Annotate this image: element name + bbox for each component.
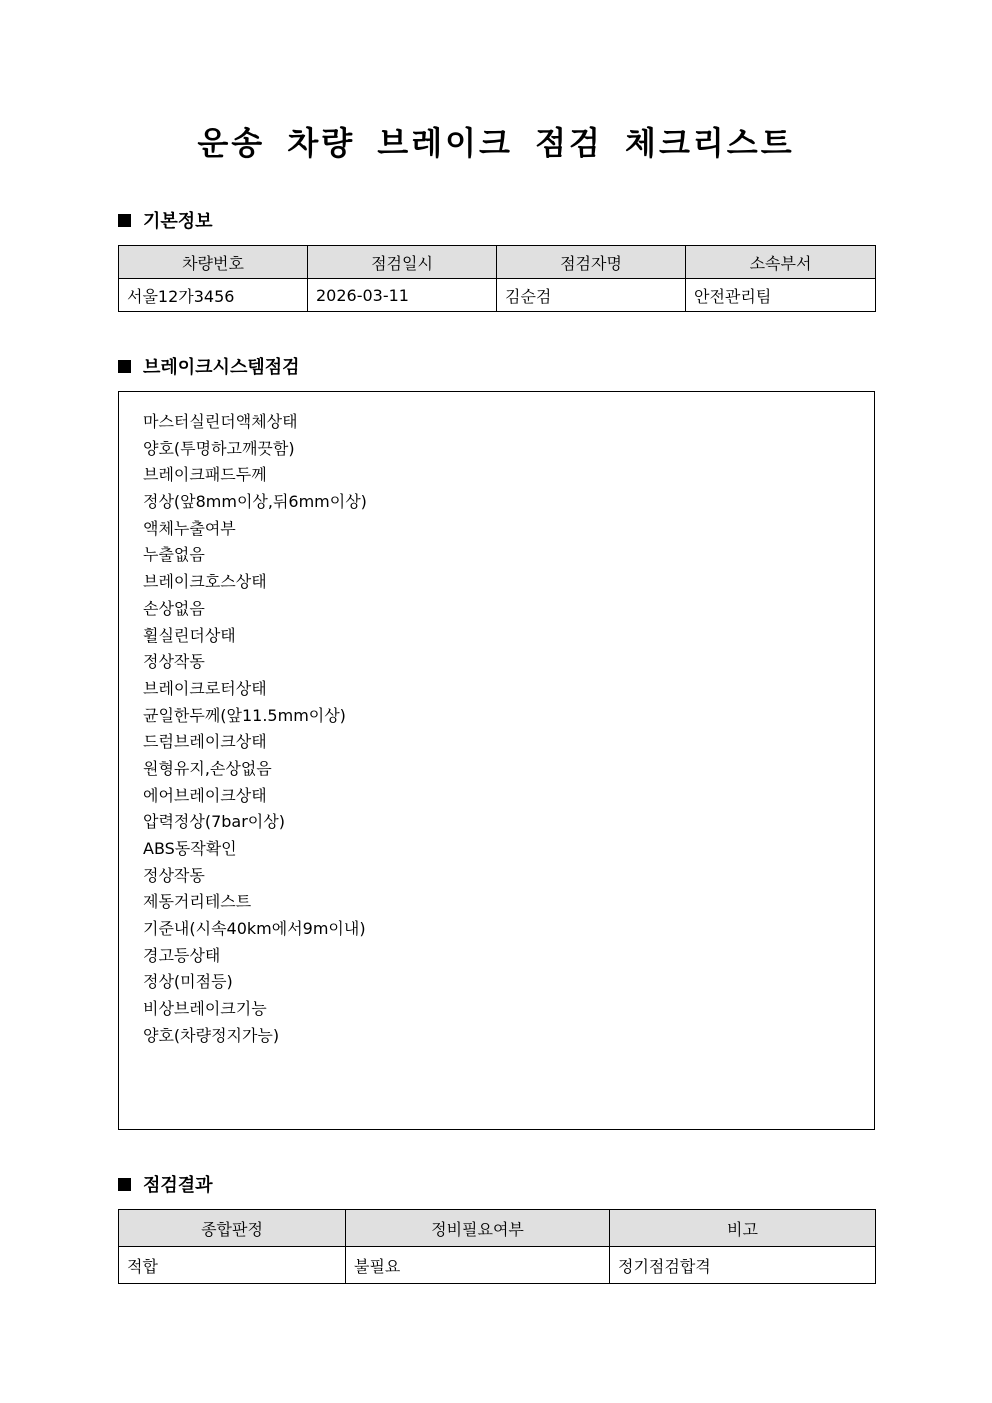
header-inspector-name: 점검자명	[497, 246, 686, 279]
section-heading-result: 점검결과	[118, 1172, 213, 1196]
list-item: 균일한두께(앞11.5mm이상)	[143, 703, 874, 730]
list-item: 정상(앞8mm이상,뒤6mm이상)	[143, 489, 874, 516]
header-remarks: 비고	[610, 1210, 876, 1247]
list-item: 기준내(시속40km에서9m이내)	[143, 916, 874, 943]
list-item: 액체누출여부	[143, 516, 874, 543]
list-item: 브레이크호스상태	[143, 569, 874, 596]
cell-maintenance-required: 불필요	[346, 1247, 610, 1284]
list-item: 양호(투명하고깨끗함)	[143, 436, 874, 463]
list-item: 압력정상(7bar이상)	[143, 809, 874, 836]
square-bullet-icon	[118, 1178, 131, 1191]
table-header-row: 차량번호 점검일시 점검자명 소속부서	[119, 246, 876, 279]
cell-inspector-name: 김순검	[497, 279, 686, 312]
document-title: 운송 차량 브레이크 점검 체크리스트	[0, 118, 992, 164]
list-item: 양호(차량정지가능)	[143, 1023, 874, 1050]
list-item: 비상브레이크기능	[143, 996, 874, 1023]
brake-check-list: 마스터실린더액체상태 양호(투명하고깨끗함) 브레이크패드두께 정상(앞8mm이…	[119, 392, 874, 1050]
list-item: 마스터실린더액체상태	[143, 409, 874, 436]
table-row: 서울12가3456 2026-03-11 김순검 안전관리팀	[119, 279, 876, 312]
list-item: 브레이크패드두께	[143, 462, 874, 489]
section-heading-label: 점검결과	[143, 1171, 213, 1197]
section-heading-label: 기본정보	[143, 207, 213, 233]
header-department: 소속부서	[686, 246, 876, 279]
brake-check-box: 마스터실린더액체상태 양호(투명하고깨끗함) 브레이크패드두께 정상(앞8mm이…	[118, 391, 875, 1130]
cell-department: 안전관리팀	[686, 279, 876, 312]
square-bullet-icon	[118, 214, 131, 227]
table-header-row: 종합판정 정비필요여부 비고	[119, 1210, 876, 1247]
list-item: 브레이크로터상태	[143, 676, 874, 703]
list-item: 제동거리테스트	[143, 889, 874, 916]
list-item: 원형유지,손상없음	[143, 756, 874, 783]
list-item: 손상없음	[143, 596, 874, 623]
list-item: 누출없음	[143, 542, 874, 569]
section-heading-label: 브레이크시스템점검	[143, 353, 300, 379]
list-item: ABS동작확인	[143, 836, 874, 863]
list-item: 드럼브레이크상태	[143, 729, 874, 756]
header-vehicle-number: 차량번호	[119, 246, 308, 279]
basic-info-table: 차량번호 점검일시 점검자명 소속부서 서울12가3456 2026-03-11…	[118, 245, 876, 312]
section-heading-basic-info: 기본정보	[118, 208, 213, 232]
list-item: 정상작동	[143, 863, 874, 890]
result-table: 종합판정 정비필요여부 비고 적합 불필요 정기점검합격	[118, 1209, 876, 1284]
cell-vehicle-number: 서울12가3456	[119, 279, 308, 312]
square-bullet-icon	[118, 360, 131, 373]
table-row: 적합 불필요 정기점검합격	[119, 1247, 876, 1284]
list-item: 에어브레이크상태	[143, 783, 874, 810]
section-heading-brake-check: 브레이크시스템점검	[118, 354, 300, 378]
header-inspection-date: 점검일시	[308, 246, 497, 279]
cell-remarks: 정기점검합격	[610, 1247, 876, 1284]
list-item: 휠실린더상태	[143, 623, 874, 650]
header-maintenance-required: 정비필요여부	[346, 1210, 610, 1247]
list-item: 경고등상태	[143, 943, 874, 970]
header-overall-judgment: 종합판정	[119, 1210, 346, 1247]
cell-inspection-date: 2026-03-11	[308, 279, 497, 312]
list-item: 정상작동	[143, 649, 874, 676]
cell-overall-judgment: 적합	[119, 1247, 346, 1284]
list-item: 정상(미점등)	[143, 969, 874, 996]
